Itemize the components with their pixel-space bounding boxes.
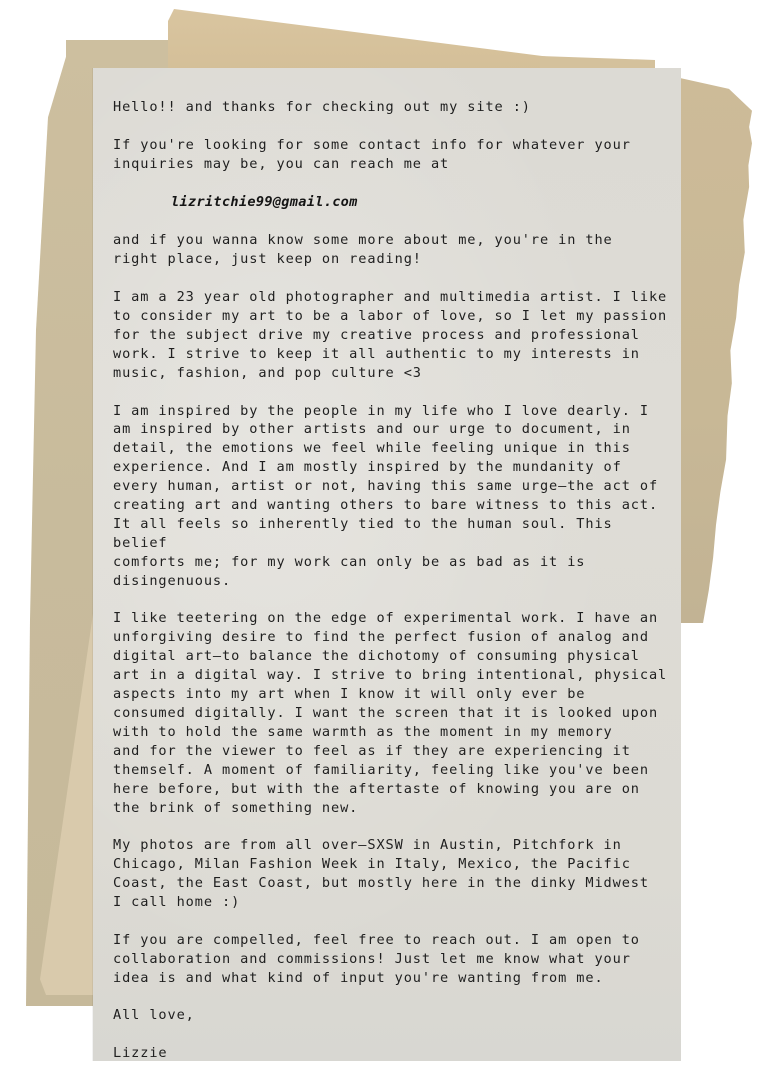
paragraph-experimental: I like teetering on the edge of experime… [113,609,673,817]
paragraph-reach-out: If you are compelled, feel free to reach… [113,931,673,988]
closing-text: All love, [113,1006,673,1025]
paragraph-bio: I am a 23 year old photographer and mult… [113,288,673,383]
about-intro-text: and if you wanna know some more about me… [113,231,673,269]
torn-paper-right [680,78,752,623]
greeting-text: Hello!! and thanks for checking out my s… [113,98,673,117]
letter-body: Hello!! and thanks for checking out my s… [113,98,673,1075]
paragraph-inspiration: I am inspired by the people in my life w… [113,402,673,591]
paragraph-locations: My photos are from all over—SXSW in Aust… [113,836,673,912]
email-link[interactable]: lizritchie99@gmail.com [171,193,673,212]
signature-text: Lizzie [113,1044,673,1063]
contact-intro-text: If you're looking for some contact info … [113,136,673,174]
paper-collage: Hello!! and thanks for checking out my s… [0,0,777,1075]
